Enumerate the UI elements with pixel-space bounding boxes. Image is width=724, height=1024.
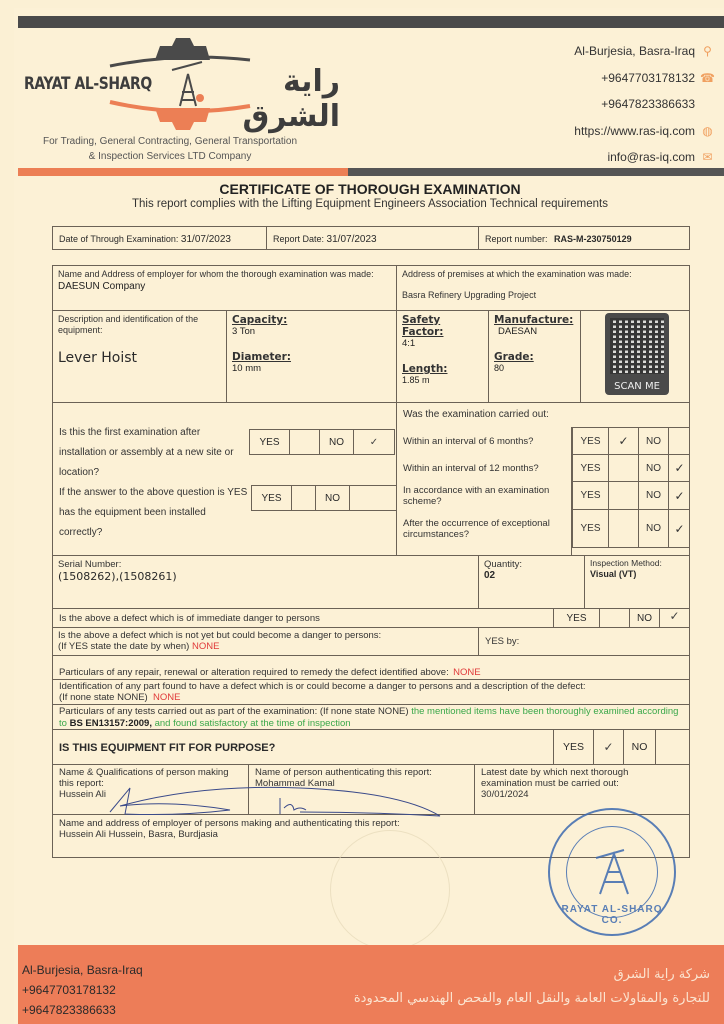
- carried-out-no-box[interactable]: ✓: [668, 510, 690, 548]
- logo-text-english: RAYAT AL-SHARQ: [24, 74, 152, 94]
- carried-out-no-box[interactable]: [668, 428, 690, 455]
- inspection-method: Visual (VT): [590, 569, 684, 579]
- carried-out-yes-box[interactable]: ✓: [608, 428, 638, 455]
- installed-correctly-yes-no: YES NO: [251, 485, 397, 511]
- safety-length-cell: Safety Factor: 4:1 Length: 1.85 m: [397, 311, 489, 403]
- carried-out-row: Within an interval of 6 months?YES✓NO: [397, 428, 690, 455]
- first-exam-cell: Is this the first examination after inst…: [53, 403, 397, 556]
- safety-factor-value: 4:1: [402, 338, 483, 349]
- mail-icon: ✉: [701, 151, 714, 164]
- first-exam-no-box[interactable]: ✓: [354, 430, 394, 454]
- carried-out-yes-box[interactable]: [608, 482, 638, 510]
- examination-form: Name and Address of employer for whom th…: [52, 265, 690, 858]
- carried-out-no-box[interactable]: ✓: [668, 482, 690, 510]
- report-number-cell: Report number: RAS-M-230750129: [479, 227, 689, 249]
- authenticator-cell: Name of person authenticating this repor…: [249, 765, 475, 815]
- contact-phone-1: +9647703178132 ☎: [574, 65, 714, 92]
- exam-date: 31/07/2023: [181, 234, 231, 245]
- carried-out-yes-label: YES: [572, 455, 608, 482]
- repair-value: NONE: [453, 667, 480, 678]
- repair-row: Particulars of any repair, renewal or al…: [53, 656, 689, 680]
- premises-cell: Address of premises at which the examina…: [397, 266, 689, 311]
- carried-out-question: After the occurrence of exceptional circ…: [403, 510, 569, 548]
- fit-for-purpose-question: IS THIS EQUIPMENT FIT FOR PURPOSE?: [59, 742, 275, 754]
- footer-address: Al-Burjesia, Basra-Iraq: [22, 960, 143, 980]
- tests-result-2: and found satisfactory at the time of in…: [155, 718, 351, 729]
- length-value: 1.85 m: [402, 375, 483, 385]
- document-title: CERTIFICATE OF THOROUGH EXAMINATION: [0, 181, 724, 197]
- faded-stamp: [330, 830, 450, 950]
- company-logo: RAYAT AL-SHARQ راية الشرق: [20, 32, 340, 132]
- contact-phone-2: +9647823386633: [574, 91, 714, 118]
- logo-text-arabic: راية الشرق: [215, 64, 340, 134]
- diameter-value: 10 mm: [232, 363, 391, 374]
- quantity-cell: Quantity: 02: [479, 556, 585, 609]
- contact-website[interactable]: https://www.ras-iq.com ◍: [574, 118, 714, 145]
- footer-contact: Al-Burjesia, Basra-Iraq +9647703178132 +…: [22, 960, 143, 1020]
- employer-name: DAESUN Company: [58, 281, 391, 292]
- carried-out-question: Within an interval of 12 months?: [403, 455, 569, 482]
- header-orange-bar: [18, 168, 348, 176]
- carried-out-yes-label: YES: [572, 510, 608, 548]
- tagline-line-1: For Trading, General Contracting, Genera…: [20, 134, 320, 149]
- identification-value: NONE: [153, 692, 180, 703]
- carried-out-label: Was the examination carried out:: [403, 409, 549, 420]
- carried-out-no-label: NO: [638, 455, 668, 482]
- contact-block: Al-Burjesia, Basra-Iraq ⚲ +9647703178132…: [574, 38, 714, 171]
- company-stamp: RAYAT AL-SHARQ CO.: [548, 808, 676, 936]
- carried-out-yes-box[interactable]: [608, 455, 638, 482]
- exam-date-cell: Date of Through Examination: 31/07/2023: [53, 227, 267, 249]
- qr-pattern: [610, 318, 664, 374]
- first-exam-question: Is this the first examination after inst…: [59, 423, 249, 483]
- installed-no-box[interactable]: [350, 486, 396, 510]
- carried-out-no-box[interactable]: ✓: [668, 455, 690, 482]
- immediate-danger-no-box[interactable]: ✓: [659, 609, 689, 627]
- globe-icon: ◍: [701, 124, 714, 137]
- manufacture-value: DAESAN: [498, 326, 575, 337]
- carried-out-no-label: NO: [638, 428, 668, 455]
- installed-yes-box[interactable]: [292, 486, 316, 510]
- footer-arabic-company: شركة راية الشرق: [354, 963, 710, 987]
- future-danger-cell: Is the above a defect which is not yet b…: [53, 628, 479, 656]
- location-pin-icon: ⚲: [701, 45, 714, 58]
- contact-email[interactable]: info@ras-iq.com ✉: [574, 144, 714, 171]
- carried-out-no-label: NO: [638, 482, 668, 510]
- carried-out-row: Within an interval of 12 months?YESNO✓: [397, 455, 690, 482]
- manufacture-grade-cell: Manufacture: DAESAN Grade: 80: [489, 311, 581, 403]
- capacity-value: 3 Ton: [232, 326, 391, 337]
- next-exam-cell: Latest date by which next thorough exami…: [475, 765, 689, 815]
- employer-cell: Name and Address of employer for whom th…: [53, 266, 397, 311]
- report-date-cell: Report Date: 31/07/2023: [267, 227, 479, 249]
- carried-out-no-label: NO: [638, 510, 668, 548]
- yes-by-cell: YES by:: [479, 628, 689, 656]
- report-info-row: Date of Through Examination: 31/07/2023 …: [52, 226, 690, 250]
- equipment-description: Lever Hoist: [58, 350, 221, 366]
- report-maker-name: Hussein Ali: [59, 789, 242, 800]
- header-top-bar: [18, 16, 724, 28]
- carried-out-yes-label: YES: [572, 428, 608, 455]
- inspection-method-cell: Inspection Method: Visual (VT): [585, 556, 689, 609]
- description-cell: Description and identification of the eq…: [53, 311, 227, 403]
- phone-icon: ☎: [701, 71, 714, 84]
- first-exam-yes-no: YES NO ✓: [249, 429, 395, 455]
- carried-out-yes-label: YES: [572, 482, 608, 510]
- qr-code[interactable]: SCAN ME: [605, 313, 669, 395]
- footer-phone-1: +9647703178132: [22, 980, 143, 1000]
- document-subtitle: This report complies with the Lifting Eq…: [0, 198, 724, 210]
- contact-address: Al-Burjesia, Basra-Iraq ⚲: [574, 38, 714, 65]
- grade-value: 80: [494, 363, 575, 373]
- quantity-value: 02: [484, 570, 579, 581]
- company-tagline: For Trading, General Contracting, Genera…: [20, 134, 320, 164]
- next-exam-date: 30/01/2024: [481, 789, 683, 800]
- carried-out-row: In accordance with an examination scheme…: [397, 482, 690, 510]
- first-exam-yes-box[interactable]: [290, 430, 320, 454]
- fit-yes-box[interactable]: ✓: [593, 730, 623, 764]
- future-danger-answer: NONE: [192, 641, 219, 652]
- premises-address: Basra Refinery Upgrading Project: [402, 290, 684, 301]
- carried-out-question: Within an interval of 6 months?: [403, 428, 569, 455]
- tests-row: Particulars of any tests carried out as …: [53, 705, 689, 730]
- report-number: RAS-M-230750129: [554, 234, 632, 244]
- fit-for-purpose-row: IS THIS EQUIPMENT FIT FOR PURPOSE? YES ✓…: [53, 730, 689, 765]
- footer-arabic: شركة راية الشرق للتجارة والمقاولات العام…: [354, 963, 710, 1011]
- installed-correctly-question: If the answer to the above question is Y…: [59, 483, 249, 543]
- stamp-derrick-icon: [594, 848, 634, 898]
- fit-no-box[interactable]: [655, 730, 689, 764]
- carried-out-yes-box[interactable]: [608, 510, 638, 548]
- immediate-danger-row: Is the above a defect which is of immedi…: [53, 609, 689, 628]
- report-date: 31/07/2023: [327, 234, 377, 245]
- footer-arabic-services: للتجارة والمقاولات العامة والنقل العام و…: [354, 987, 710, 1011]
- report-maker-cell: Name & Qualifications of person making t…: [53, 765, 249, 815]
- serial-number: (1508262),(1508261): [58, 570, 473, 583]
- identification-row: Identification of any part found to have…: [53, 680, 689, 705]
- tests-standard: BS EN13157:2009,: [70, 718, 152, 729]
- serial-cell: Serial Number: (1508262),(1508261): [53, 556, 479, 609]
- authenticator-name: Mohammad Kamal: [255, 778, 468, 789]
- carried-out-question: In accordance with an examination scheme…: [403, 482, 569, 510]
- immediate-danger-yes-box[interactable]: [599, 609, 629, 627]
- footer-bar: Al-Burjesia, Basra-Iraq +9647703178132 +…: [18, 945, 724, 1024]
- tagline-line-2: & Inspection Services LTD Company: [20, 149, 320, 164]
- footer-phone-2: +9647823386633: [22, 1000, 143, 1020]
- carried-out-row: After the occurrence of exceptional circ…: [397, 510, 690, 548]
- capacity-diameter-cell: Capacity: 3 Ton Diameter: 10 mm: [227, 311, 397, 403]
- scan-me-label: SCAN ME: [605, 381, 669, 392]
